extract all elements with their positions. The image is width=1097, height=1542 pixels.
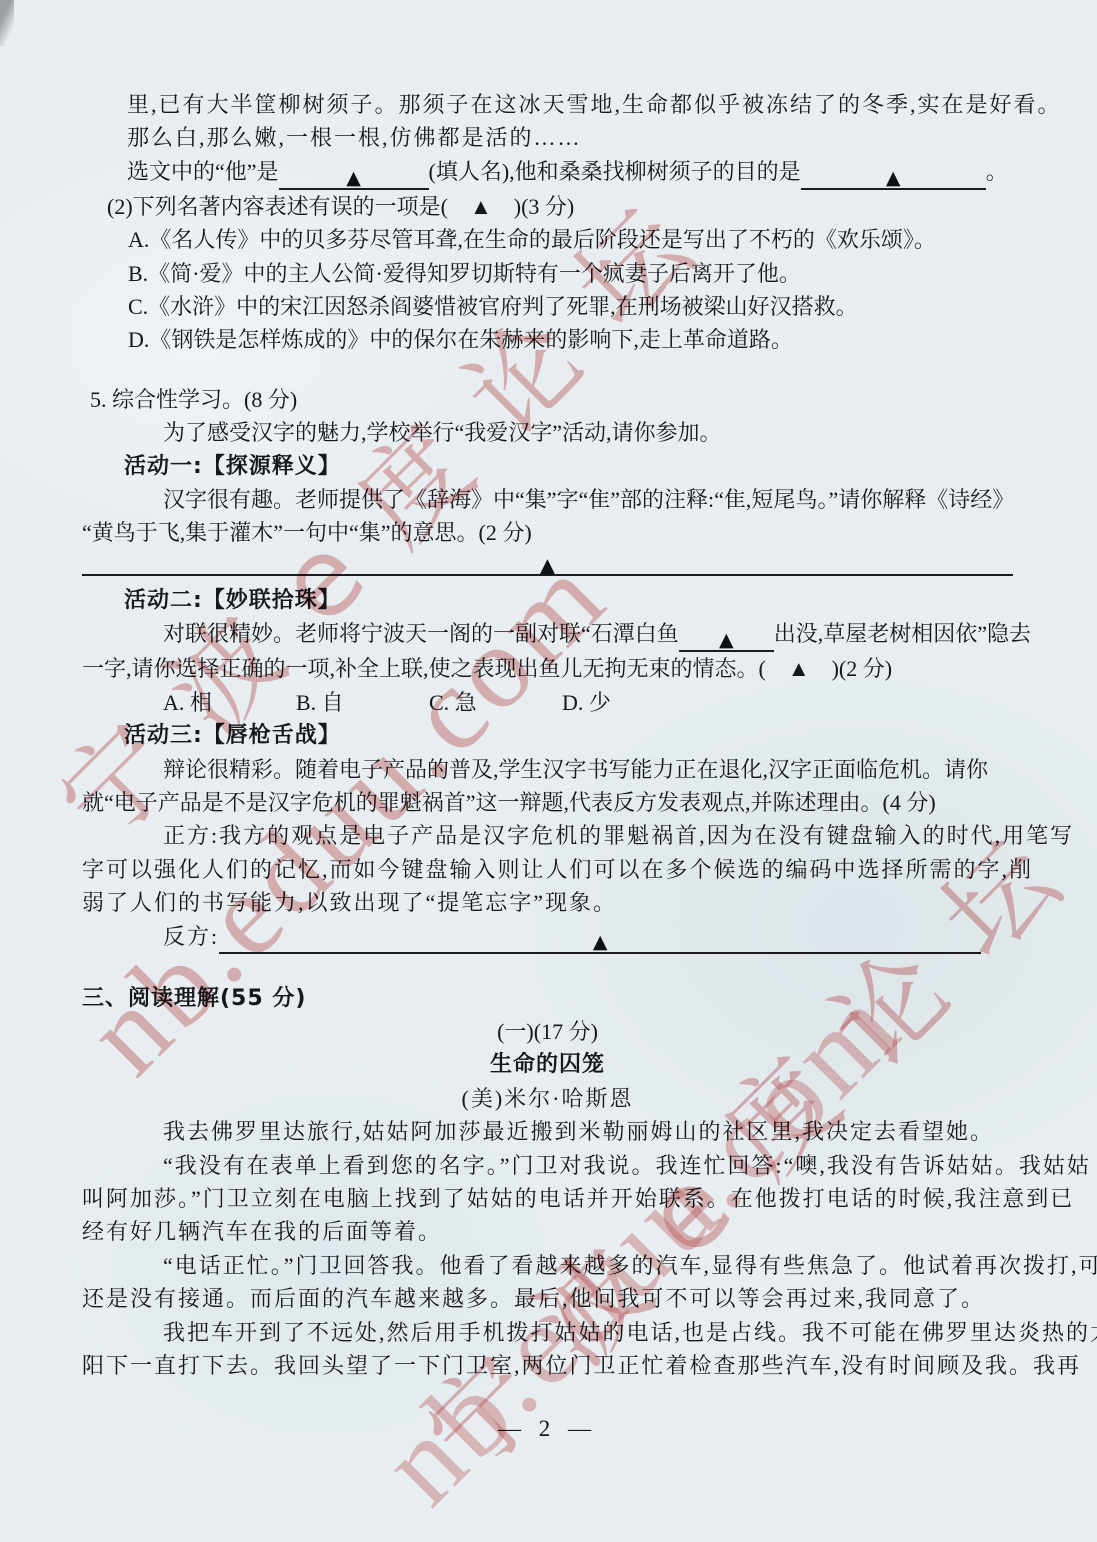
pro-side-line: 字可以强化人们的记忆,而如今键盘输入则让人们可以在多个候选的编码中选择所需的字,… <box>82 853 1013 886</box>
passage-line: “电话正忙。”门卫回答我。他看了看越来越多的汽车,显得有些焦急了。他试着再次拨打… <box>163 1249 1013 1282</box>
passage-line: 叫阿加莎。”门卫立刻在电脑上找到了姑姑的电话并开始联系。在他拨打电话的时候,我注… <box>82 1182 1013 1215</box>
answer-marker-icon: ▲ <box>346 167 361 189</box>
activity-1-line: “黄鸟于飞,集于灌木”一句中“集”的意思。(2 分) <box>82 516 1013 549</box>
answer-blank: ▲ <box>801 162 986 190</box>
pro-side-line: 弱了人们的书写能力,以致出现了“提笔忘字”现象。 <box>82 886 1013 919</box>
answer-marker-icon: ▲ <box>719 629 734 651</box>
part-label: (一)(17 分) <box>82 1015 1013 1048</box>
answer-blank: ▲ <box>679 624 774 652</box>
activity-2-line: 一字,请你选择正确的一项,补全上联,使之表现出鱼儿无拘无束的情态。( ▲ )(2… <box>82 652 1013 685</box>
activity-3-line: 就“电子产品是不是汉字危机的罪魁祸首”这一辩题,代表反方发表观点,并陈述理由。(… <box>82 786 1013 819</box>
question-5-intro: 为了感受汉字的魅力,学校举行“我爱汉字”活动,请你参加。 <box>163 416 1013 449</box>
option-d: D.《钢铁是怎样炼成的》中的保尔在朱赫来的影响下,走上革命道路。 <box>128 323 1013 356</box>
answer-marker-icon: ▲ <box>540 557 555 574</box>
option-c: C.《水浒》中的宋江因怒杀阎婆惜被官府判了死罪,在刑场被梁山好汉搭救。 <box>128 290 1013 323</box>
activity-1-line: 汉字很有趣。老师提供了《辞海》中“集”字“隹”部的注释:“隹,短尾鸟。”请你解释… <box>163 483 1013 516</box>
passage-line: 阳下一直打下去。我回头望了一下门卫室,两位门卫正忙着检查那些汽车,没有时间顾及我… <box>82 1349 1013 1382</box>
fill-question-text: 选文中的“他”是 <box>127 159 279 184</box>
exam-paper-page: 里,已有大半筐柳树须子。那须子在这冰天雪地,生命都似乎被冻结了的冬季,实在是好看… <box>0 0 1097 1542</box>
option-b: B. 自 <box>296 686 429 719</box>
passage-line: 我去佛罗里达旅行,姑姑阿加莎最近搬到米勒丽姆山的社区里,我决定去看望她。 <box>163 1115 1013 1148</box>
activity-2-line: 对联很精妙。老师将宁波天一阁的一副对联“石潭白鱼▲出没,草屋老树相因依”隐去 <box>163 617 1013 652</box>
activity-2-title: 活动二:【妙联拾珠】 <box>124 584 1013 617</box>
pro-side-line: 正方:我方的观点是电子产品是汉字危机的罪魁祸首,因为在没有键盘输入的时代,用笔写 <box>163 819 1013 852</box>
con-side-answer-row: 反方: ▲ <box>82 920 1013 954</box>
answer-blank: ▲ <box>219 926 981 954</box>
activity-2-text: 对联很精妙。老师将宁波天一阁的一副对联“石潭白鱼 <box>163 621 679 646</box>
option-b: B.《简·爱》中的主人公简·爱得知罗切斯特有一个疯妻子后离开了他。 <box>128 257 1013 290</box>
answer-marker-icon: ▲ <box>593 931 608 953</box>
passage-line: 经有好几辆汽车在我的后面等着。 <box>82 1215 1013 1248</box>
excerpt-line: 里,已有大半筐柳树须子。那须子在这冰天雪地,生命都似乎被冻结了的冬季,实在是好看… <box>127 88 1013 121</box>
passage-line: “我没有在表单上看到您的名字。”门卫对我说。我连忙回答:“噢,我没有告诉姑姑。我… <box>163 1149 1013 1182</box>
exam-content: 里,已有大半筐柳树须子。那须子在这冰天雪地,生命都似乎被冻结了的冬季,实在是好看… <box>82 88 1013 1446</box>
question-2-stem: (2)下列名著内容表述有误的一项是( ▲ )(3 分) <box>107 190 1013 223</box>
activity-3-title: 活动三:【唇枪舌战】 <box>124 719 1013 752</box>
scan-corner-smudge <box>0 0 14 46</box>
option-c: C. 急 <box>429 686 562 719</box>
option-a: A. 相 <box>163 686 296 719</box>
question-5-stem: 5. 综合性学习。(8 分) <box>90 383 1013 416</box>
answer-blank: ▲ <box>279 162 429 190</box>
option-a: A.《名人传》中的贝多芬尽管耳聋,在生命的最后阶段还是写出了不朽的《欢乐颂》。 <box>128 223 1013 256</box>
fill-question-line: 选文中的“他”是▲(填人名),他和桑桑找柳树须子的目的是▲。 <box>127 155 1013 190</box>
activity-2-text: 出没,草屋老树相因依”隐去 <box>774 621 1031 646</box>
article-title: 生命的囚笼 <box>82 1048 1013 1081</box>
excerpt-line: 那么白,那么嫩,一根一根,仿佛都是活的…… <box>127 121 1013 154</box>
fill-question-text: (填人名),他和桑桑找柳树须子的目的是 <box>429 159 801 184</box>
fill-question-text: 。 <box>986 159 1008 184</box>
option-d: D. 少 <box>562 686 611 719</box>
article-author: (美)米尔·哈斯恩 <box>82 1082 1013 1115</box>
answer-marker-icon: ▲ <box>886 167 901 189</box>
activity-2-options: A. 相 B. 自 C. 急 D. 少 <box>163 686 1013 719</box>
activity-1-title: 活动一:【探源释义】 <box>124 450 1013 483</box>
passage-line: 我把车开到了不远处,然后用手机拨打姑姑的电话,也是占线。我不可能在佛罗里达炎热的… <box>163 1316 1013 1349</box>
passage-line: 还是没有接通。而后面的汽车越来越多。最后,他问我可不可以等会再过来,我同意了。 <box>82 1282 1013 1315</box>
page-number: — 2 — <box>82 1412 1013 1445</box>
con-side-label: 反方: <box>163 920 219 953</box>
section-3-title: 三、阅读理解(55 分) <box>82 982 1013 1015</box>
answer-line: ▲ <box>82 551 1013 576</box>
activity-3-line: 辩论很精彩。随着电子产品的普及,学生汉字书写能力正在退化,汉字正面临危机。请你 <box>163 753 1013 786</box>
